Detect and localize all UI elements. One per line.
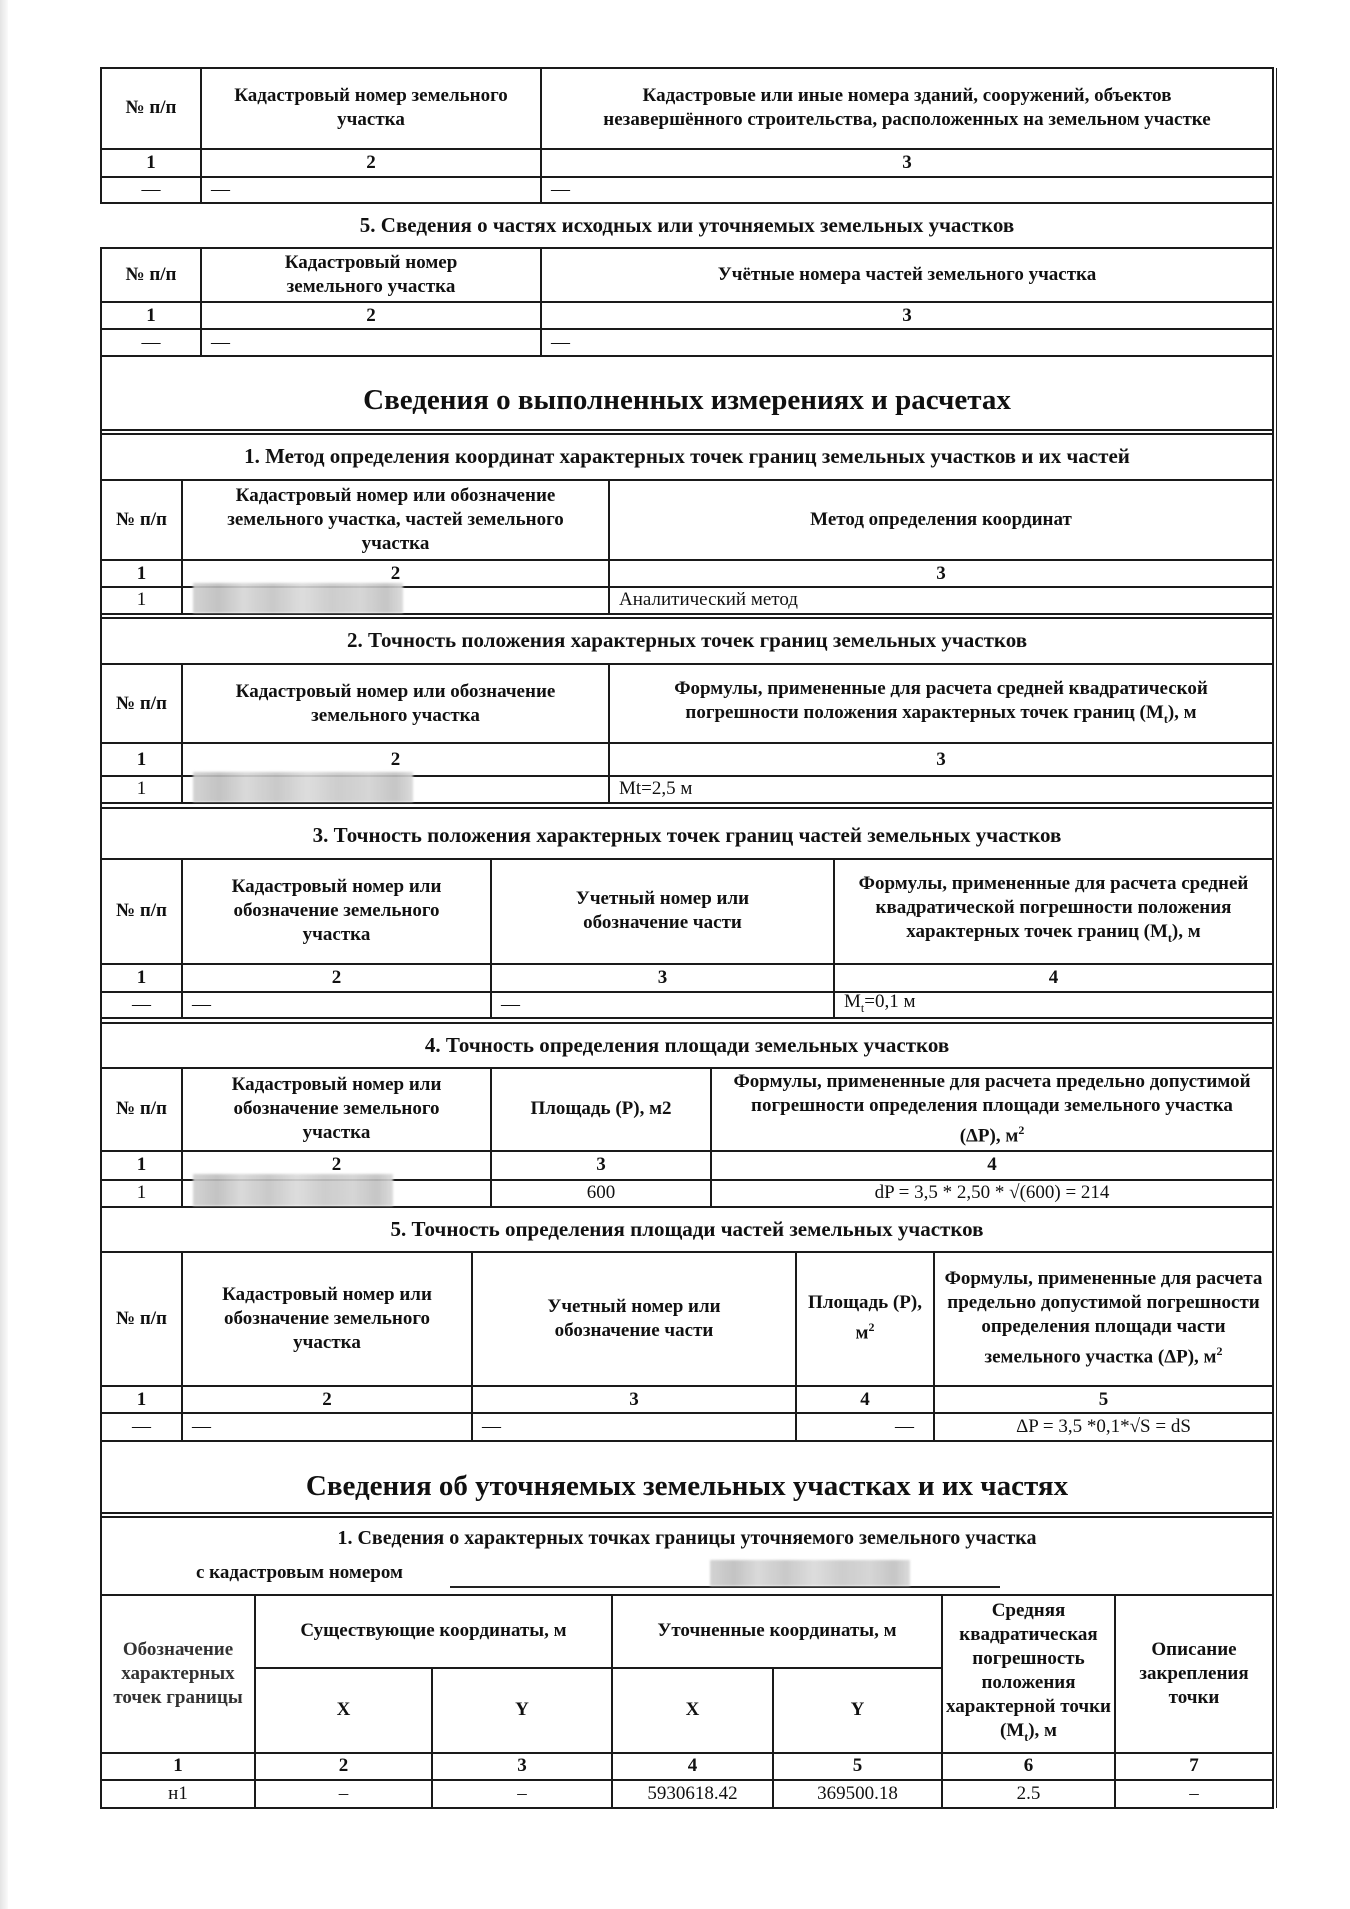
rule bbox=[101, 1022, 1274, 1024]
rule bbox=[101, 1807, 1274, 1809]
col-header-area: Площадь (P), м2 bbox=[796, 1252, 934, 1385]
table-cell: 1 bbox=[101, 776, 182, 802]
col-number: 3 bbox=[541, 149, 1273, 177]
col-header-formula: Формулы, примененные для расчета предель… bbox=[934, 1252, 1273, 1385]
col-header-no: № п/п bbox=[101, 248, 201, 302]
col-header-point: Обозначение характерных точек границы bbox=[101, 1595, 255, 1752]
col-number: 3 bbox=[609, 560, 1273, 587]
table-cell: — bbox=[182, 1413, 472, 1440]
table-cell: — bbox=[201, 329, 541, 356]
rule bbox=[101, 1440, 1274, 1442]
page-heading: Сведения о выполненных измерениях и расч… bbox=[101, 384, 1273, 417]
col-number: 3 bbox=[432, 1753, 612, 1779]
redacted-cadastral-number bbox=[193, 1174, 393, 1206]
col-number: 2 bbox=[201, 149, 541, 177]
outer-border bbox=[1276, 68, 1277, 1808]
col-number: 4 bbox=[711, 1151, 1273, 1179]
section-title: 2. Точность положения характерных точек … bbox=[101, 628, 1273, 653]
col-header-y: Y bbox=[432, 1668, 612, 1752]
table-cell: Mt=2,5 м bbox=[609, 776, 1273, 802]
rule bbox=[101, 433, 1274, 435]
col-header-area: Площадь (P), м2 bbox=[491, 1068, 711, 1150]
col-number: 3 bbox=[472, 1386, 796, 1413]
rule bbox=[101, 1516, 1274, 1518]
col-header-formula: Формулы, примененные для расчета предель… bbox=[711, 1068, 1273, 1150]
table-cell: 1 bbox=[101, 1180, 182, 1206]
table-cell: — bbox=[201, 177, 541, 203]
table-cell: — bbox=[101, 177, 201, 203]
col-header-error: Средняя квадратическая погрешность полож… bbox=[942, 1595, 1115, 1752]
col-header-part: Учетный номер или обозначение части bbox=[491, 859, 834, 963]
table-cell: 5930618.42 bbox=[612, 1780, 773, 1807]
col-header-formula: Формулы, примененные для расчета средней… bbox=[834, 859, 1273, 963]
col-header-cadastral: Кадастровый номер земельного участка bbox=[201, 68, 541, 148]
table-cell: 369500.18 bbox=[773, 1780, 942, 1807]
col-header-part: Учетный номер или обозначение части bbox=[472, 1252, 796, 1385]
rule bbox=[101, 802, 1274, 804]
col-number: 3 bbox=[491, 964, 834, 992]
col-header-no: № п/п bbox=[101, 1068, 182, 1150]
col-header-existing: Существующие координаты, м bbox=[255, 1595, 612, 1667]
col-header-formula: Формулы, примененные для расчета средней… bbox=[609, 664, 1273, 743]
table-cell: – bbox=[432, 1780, 612, 1807]
col-header-part-numbers: Учётные номера частей земельного участка bbox=[541, 248, 1273, 302]
col-header-no: № п/п bbox=[101, 480, 182, 560]
table-cell: Аналитический метод bbox=[609, 587, 1273, 613]
redacted-cadastral-number bbox=[193, 583, 403, 613]
rule bbox=[101, 617, 1274, 619]
col-header-x: X bbox=[255, 1668, 432, 1752]
col-number: 3 bbox=[541, 302, 1273, 329]
col-number: 5 bbox=[773, 1753, 942, 1779]
col-number: 1 bbox=[101, 1151, 182, 1179]
col-header-method: Метод определения координат bbox=[609, 480, 1273, 560]
col-header-cadastral: Кадастровый номер или обозначение земель… bbox=[182, 664, 609, 743]
redacted-cadastral-number bbox=[193, 772, 413, 802]
section-title: 1. Метод определения координат характерн… bbox=[101, 444, 1273, 469]
col-header-x: X bbox=[612, 1668, 773, 1752]
table-cell: — bbox=[101, 992, 182, 1018]
col-header-cadastral: Кадастровый номер или обозначение земель… bbox=[182, 1252, 472, 1385]
scan-edge bbox=[0, 0, 8, 1909]
table-cell: Mt=0,1 м bbox=[834, 992, 1273, 1018]
col-number: 2 bbox=[255, 1753, 432, 1779]
table-cell: 2.5 bbox=[942, 1780, 1115, 1807]
col-number: 2 bbox=[201, 302, 541, 329]
col-header-refined: Уточненные координаты, м bbox=[612, 1595, 942, 1667]
col-number: 2 bbox=[182, 1386, 472, 1413]
table-cell: 1 bbox=[101, 587, 182, 613]
col-number: 2 bbox=[182, 964, 491, 992]
table-cell: – bbox=[255, 1780, 432, 1807]
col-header-description: Описание закрепления точки bbox=[1115, 1595, 1273, 1752]
col-number: 4 bbox=[612, 1753, 773, 1779]
table-cell: — bbox=[182, 992, 491, 1018]
col-header-cadastral: Кадастровый номер или обозначение земель… bbox=[182, 1068, 491, 1150]
table-cell: — bbox=[101, 1413, 182, 1440]
table-cell: — bbox=[541, 177, 1273, 203]
col-number: 1 bbox=[101, 743, 182, 776]
col-number: 1 bbox=[101, 302, 201, 329]
rule bbox=[101, 429, 1274, 431]
table-cell: 600 bbox=[491, 1180, 711, 1206]
table-cell: н1 bbox=[101, 1780, 255, 1807]
section-title: 3. Точность положения характерных точек … bbox=[101, 823, 1273, 848]
section-title: 5. Точность определения площади частей з… bbox=[101, 1217, 1273, 1242]
col-number: 1 bbox=[101, 964, 182, 992]
col-header-buildings: Кадастровые или иные номера зданий, соор… bbox=[541, 68, 1273, 148]
col-header-y: Y bbox=[773, 1668, 942, 1752]
col-number: 6 bbox=[942, 1753, 1115, 1779]
table-cell: dP = 3,5 * 2,50 * √(600) = 214 bbox=[711, 1180, 1273, 1206]
col-header-cadastral: Кадастровый номер земельного участка bbox=[201, 248, 541, 302]
page-heading: Сведения об уточняемых земельных участка… bbox=[101, 1470, 1273, 1503]
rule bbox=[101, 1206, 1274, 1208]
cadastral-number-field bbox=[450, 1586, 1000, 1588]
section-title: 4. Точность определения площади земельны… bbox=[101, 1033, 1273, 1058]
col-number: 5 bbox=[934, 1386, 1273, 1413]
col-number: 3 bbox=[491, 1151, 711, 1179]
col-header-no: № п/п bbox=[101, 664, 182, 743]
redacted-cadastral-number bbox=[710, 1560, 910, 1586]
table-cell: — bbox=[101, 329, 201, 356]
col-header-no: № п/п bbox=[101, 68, 201, 148]
section-title: 5. Сведения о частях исходных или уточня… bbox=[101, 213, 1273, 238]
rule bbox=[101, 807, 1274, 809]
col-number: 1 bbox=[101, 1386, 182, 1413]
rule bbox=[101, 1512, 1274, 1514]
col-header-cadastral: Кадастровый номер или обозначение земель… bbox=[182, 859, 491, 963]
section-title: 1. Сведения о характерных точках границы… bbox=[101, 1527, 1273, 1550]
table-cell: – bbox=[1115, 1780, 1273, 1807]
table-cell: ΔP = 3,5 *0,1*√S = dS bbox=[934, 1413, 1273, 1440]
col-number: 1 bbox=[101, 149, 201, 177]
col-number: 1 bbox=[101, 1753, 255, 1779]
col-number: 4 bbox=[834, 964, 1273, 992]
table-cell: — bbox=[796, 1413, 934, 1440]
table-cell: — bbox=[472, 1413, 796, 1440]
col-number: 7 bbox=[1115, 1753, 1273, 1779]
col-header-no: № п/п bbox=[101, 1252, 182, 1385]
rule bbox=[101, 613, 1274, 615]
col-header-cadastral: Кадастровый номер или обозначение земель… bbox=[182, 480, 609, 560]
cadastral-label: с кадастровым номером bbox=[196, 1562, 403, 1584]
col-number: 1 bbox=[101, 560, 182, 587]
col-number: 4 bbox=[796, 1386, 934, 1413]
col-header-no: № п/п bbox=[101, 859, 182, 963]
table-cell: — bbox=[491, 992, 834, 1018]
col-number: 3 bbox=[609, 743, 1273, 776]
table-cell: — bbox=[541, 329, 1273, 356]
